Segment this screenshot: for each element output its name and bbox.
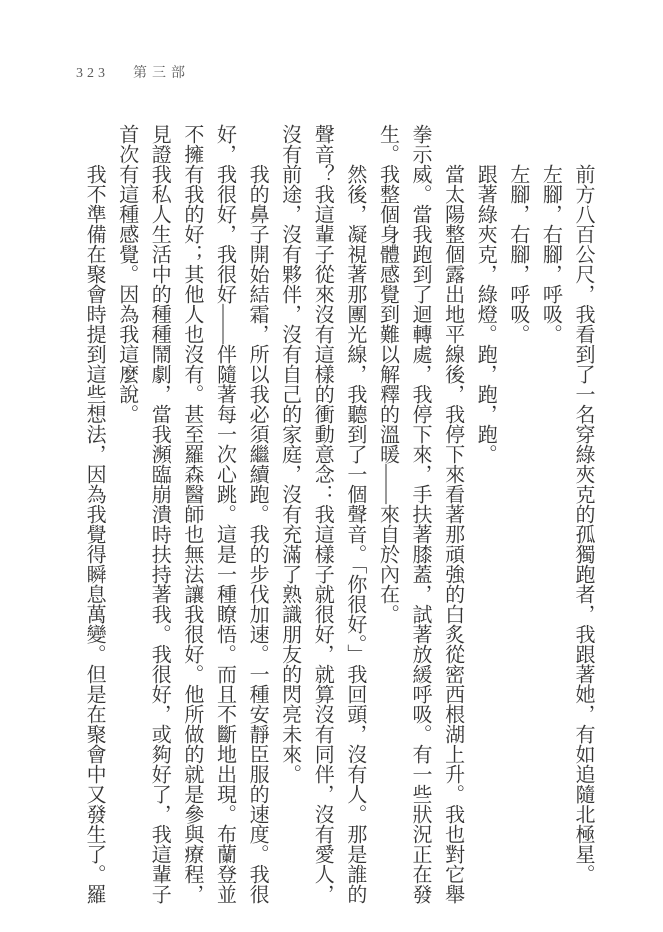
page-number: 323: [76, 66, 109, 81]
paragraph-8: 我不準備在聚會時提到這些想法，因為我覺得瞬息萬變。但是在聚會中又發生了。羅: [78, 124, 111, 912]
paragraph-6: 然後，凝視著那團光線，我聽到了一個聲音。「你很好。」我回頭，沒有人。那是誰的聲音…: [273, 124, 371, 912]
paragraph-5: 當太陽整個露出地平線後，我停下來看著那頑強的白炙從密西根湖上升。我也對它舉拳示威…: [371, 124, 469, 912]
paragraph-1: 前方八百公尺，我看到了一名穿綠夾克的孤獨跑者，我跟著她，有如追隨北極星。: [566, 124, 599, 912]
paragraph-4: 跟著綠夾克，綠燈。跑，跑，跑。: [469, 124, 502, 912]
paragraph-2: 左腳，右腳，呼吸。: [534, 124, 567, 912]
running-header: 323第三部: [76, 62, 190, 82]
paragraph-3: 左腳，右腳，呼吸。: [501, 124, 534, 912]
paragraph-7: 我的鼻子開始結霜，所以我必須繼續跑。我的步伐加速。一種安靜臣服的速度。我很好，我…: [110, 124, 273, 912]
vertical-text-block: 前方八百公尺，我看到了一名穿綠夾克的孤獨跑者，我跟著她，有如追隨北極星。 左腳，…: [78, 124, 600, 912]
section-title: 第三部: [133, 66, 190, 81]
book-page: 323第三部 前方八百公尺，我看到了一名穿綠夾克的孤獨跑者，我跟著她，有如追隨北…: [0, 0, 663, 932]
